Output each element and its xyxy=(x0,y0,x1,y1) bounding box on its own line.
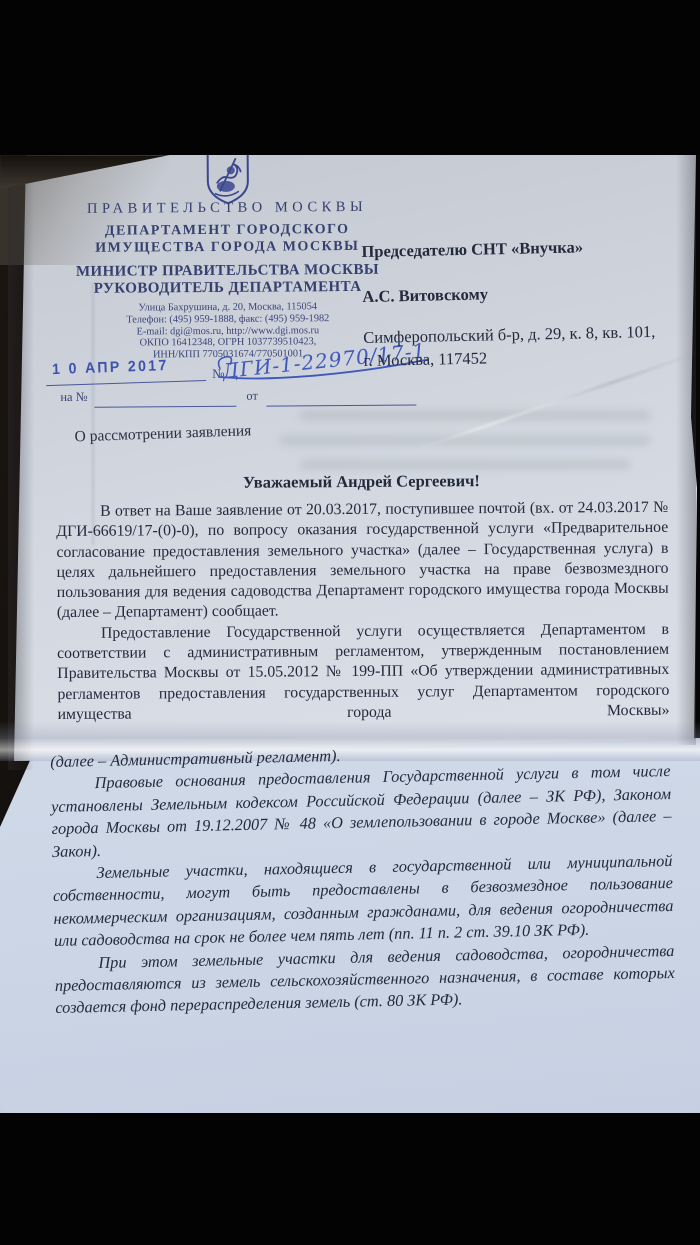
paragraph: Земельные участки, находящиеся в государ… xyxy=(52,850,674,953)
photo-canvas: ПРАВИТЕЛЬСТВО МОСКВЫ ДЕПАРТАМЕНТ ГОРОДСК… xyxy=(0,0,700,1245)
body-text-lower: (далее – Административный регламент). Пр… xyxy=(50,738,675,1020)
paragraph: Правовые основания предоставления Госуда… xyxy=(50,760,672,863)
black-bar-bottom xyxy=(0,1113,700,1245)
letter-lower-content: (далее – Административный регламент). Пр… xyxy=(0,155,700,1113)
paragraph: При этом земельные участки для ведения с… xyxy=(54,940,675,1020)
letter-photo: ПРАВИТЕЛЬСТВО МОСКВЫ ДЕПАРТАМЕНТ ГОРОДСК… xyxy=(0,155,700,1113)
black-bar-top xyxy=(0,0,700,155)
